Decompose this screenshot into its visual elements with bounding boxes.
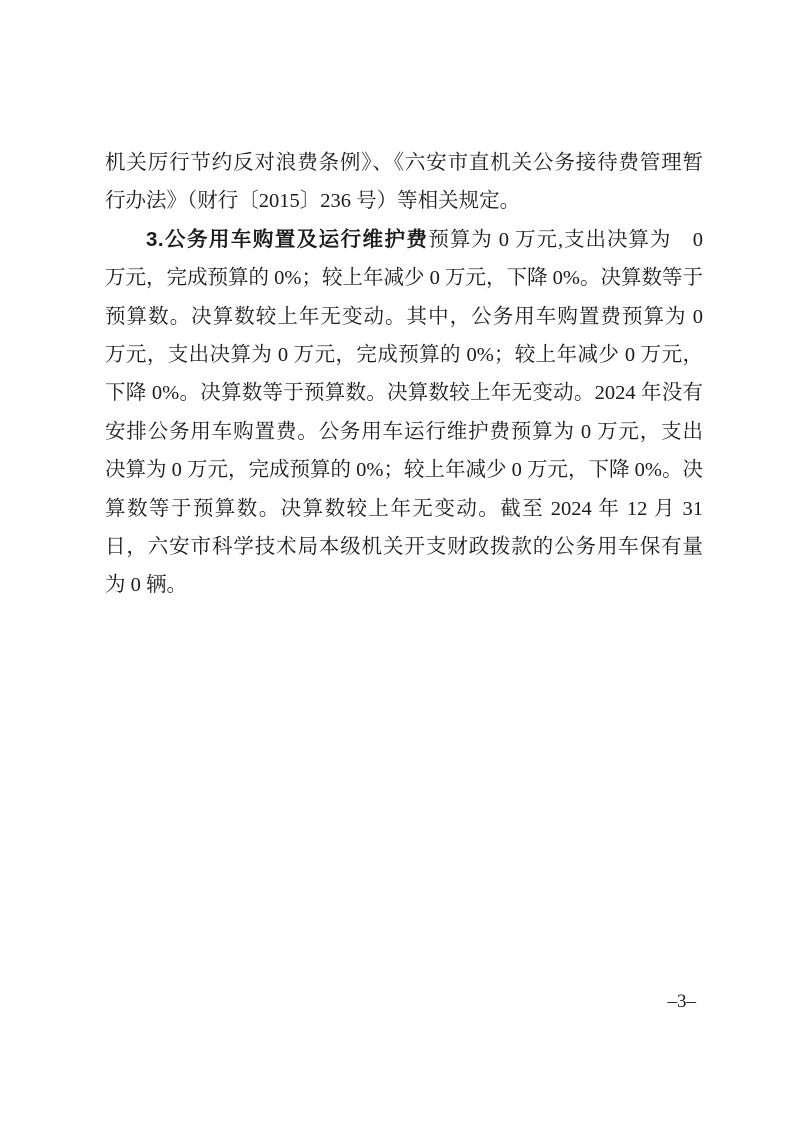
line-text: 万元，支出决算为 0 万元，完成预算的 0%；较上年减少 0 万元， bbox=[105, 344, 703, 366]
text-line: 3.公务用车购置及运行维护费预算为 0 万元,支出决算为 0 bbox=[105, 221, 703, 259]
line-text: 安排公务用车购置费。公务用车运行维护费预算为 0 万元，支出 bbox=[105, 421, 703, 443]
text-line: 为 0 辆。 bbox=[105, 566, 703, 604]
bold-lead-heading: 3.公务用车购置及运行维护费 bbox=[146, 228, 428, 251]
text-line: 万元，支出决算为 0 万元，完成预算的 0%；较上年减少 0 万元， bbox=[105, 336, 703, 374]
text-line: 算数等于预算数。决算数较上年无变动。截至 2024 年 12 月 31 bbox=[105, 490, 703, 528]
line-text: 为 0 辆。 bbox=[105, 574, 187, 596]
line-text: 预算为 0 万元,支出决算为 0 bbox=[428, 229, 703, 251]
line-text: 算数等于预算数。决算数较上年无变动。截至 2024 年 12 月 31 bbox=[105, 498, 703, 520]
line-text: 下降 0%。决算数等于预算数。决算数较上年无变动。2024 年没有 bbox=[105, 382, 703, 404]
text-line: 万元，完成预算的 0%；较上年减少 0 万元，下降 0%。决算数等于 bbox=[105, 259, 703, 297]
line-text: 日，六安市科学技术局本级机关开支财政拨款的公务用车保有量 bbox=[105, 536, 703, 558]
document-text: 机关厉行节约反对浪费条例》、《六安市直机关公务接待费管理暂行办法》（财行〔201… bbox=[105, 144, 703, 605]
line-text: 万元，完成预算的 0%；较上年减少 0 万元，下降 0%。决算数等于 bbox=[105, 267, 703, 289]
text-line: 预算数。决算数较上年无变动。其中，公务用车购置费预算为 0 bbox=[105, 298, 703, 336]
line-text: 决算为 0 万元，完成预算的 0%；较上年减少 0 万元，下降 0%。决 bbox=[105, 459, 703, 481]
text-line: 日，六安市科学技术局本级机关开支财政拨款的公务用车保有量 bbox=[105, 528, 703, 566]
line-text: 预算数。决算数较上年无变动。其中，公务用车购置费预算为 0 bbox=[105, 306, 703, 328]
line-text: 行办法》（财行〔2015〕236 号）等相关规定。 bbox=[105, 190, 520, 212]
document-page: 机关厉行节约反对浪费条例》、《六安市直机关公务接待费管理暂行办法》（财行〔201… bbox=[0, 0, 793, 1122]
text-line: 机关厉行节约反对浪费条例》、《六安市直机关公务接待费管理暂 bbox=[105, 144, 703, 182]
text-line: 安排公务用车购置费。公务用车运行维护费预算为 0 万元，支出 bbox=[105, 413, 703, 451]
text-line: 行办法》（财行〔2015〕236 号）等相关规定。 bbox=[105, 182, 703, 220]
page-number: –3– bbox=[668, 991, 697, 1013]
text-line: 决算为 0 万元，完成预算的 0%；较上年减少 0 万元，下降 0%。决 bbox=[105, 451, 703, 489]
line-text: 机关厉行节约反对浪费条例》、《六安市直机关公务接待费管理暂 bbox=[105, 152, 703, 174]
text-line: 下降 0%。决算数等于预算数。决算数较上年无变动。2024 年没有 bbox=[105, 374, 703, 412]
